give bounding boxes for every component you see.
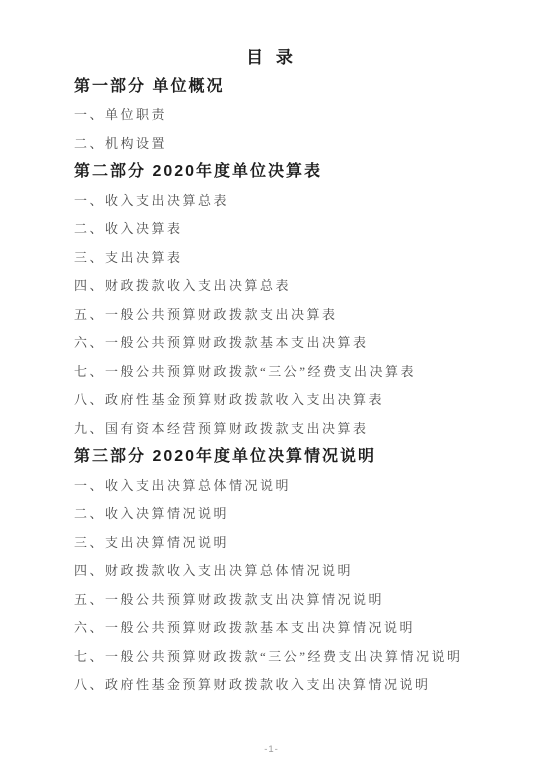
toc-entry: 四、财政拨款收入支出决算总体情况说明 <box>0 557 543 586</box>
toc-entry: 一、单位职责 <box>0 101 543 130</box>
page-number: -1- <box>0 744 543 755</box>
toc-entry: 九、国有资本经营预算财政拨款支出决算表 <box>0 415 543 444</box>
toc-entry: 四、财政拨款收入支出决算总表 <box>0 272 543 301</box>
toc-entry: 六、一般公共预算财政拨款基本支出决算表 <box>0 329 543 358</box>
toc-entry: 五、一般公共预算财政拨款支出决算情况说明 <box>0 586 543 615</box>
toc-document-page: 目 录 第一部分 单位概况 一、单位职责 二、机构设置 第二部分 2020年度单… <box>0 0 543 768</box>
section-heading-part3: 第三部分 2020年度单位决算情况说明 <box>0 443 543 472</box>
page-title: 目 录 <box>0 44 543 73</box>
toc-entry: 六、一般公共预算财政拨款基本支出决算情况说明 <box>0 614 543 643</box>
toc-entry: 二、收入决算表 <box>0 215 543 244</box>
toc-entry: 八、政府性基金预算财政拨款收入支出决算表 <box>0 386 543 415</box>
toc-entry: 三、支出决算情况说明 <box>0 529 543 558</box>
toc-entry: 一、收入支出决算总表 <box>0 187 543 216</box>
toc-entry: 二、收入决算情况说明 <box>0 500 543 529</box>
toc-entry: 七、一般公共预算财政拨款“三公”经费支出决算表 <box>0 358 543 387</box>
toc-entry: 七、一般公共预算财政拨款“三公”经费支出决算情况说明 <box>0 643 543 672</box>
toc-entry: 八、政府性基金预算财政拨款收入支出决算情况说明 <box>0 671 543 700</box>
toc-entry: 二、机构设置 <box>0 130 543 159</box>
section-heading-part1: 第一部分 单位概况 <box>0 73 543 102</box>
toc-entry: 一、收入支出决算总体情况说明 <box>0 472 543 501</box>
toc-entry: 三、支出决算表 <box>0 244 543 273</box>
toc-entry: 五、一般公共预算财政拨款支出决算表 <box>0 301 543 330</box>
section-heading-part2: 第二部分 2020年度单位决算表 <box>0 158 543 187</box>
